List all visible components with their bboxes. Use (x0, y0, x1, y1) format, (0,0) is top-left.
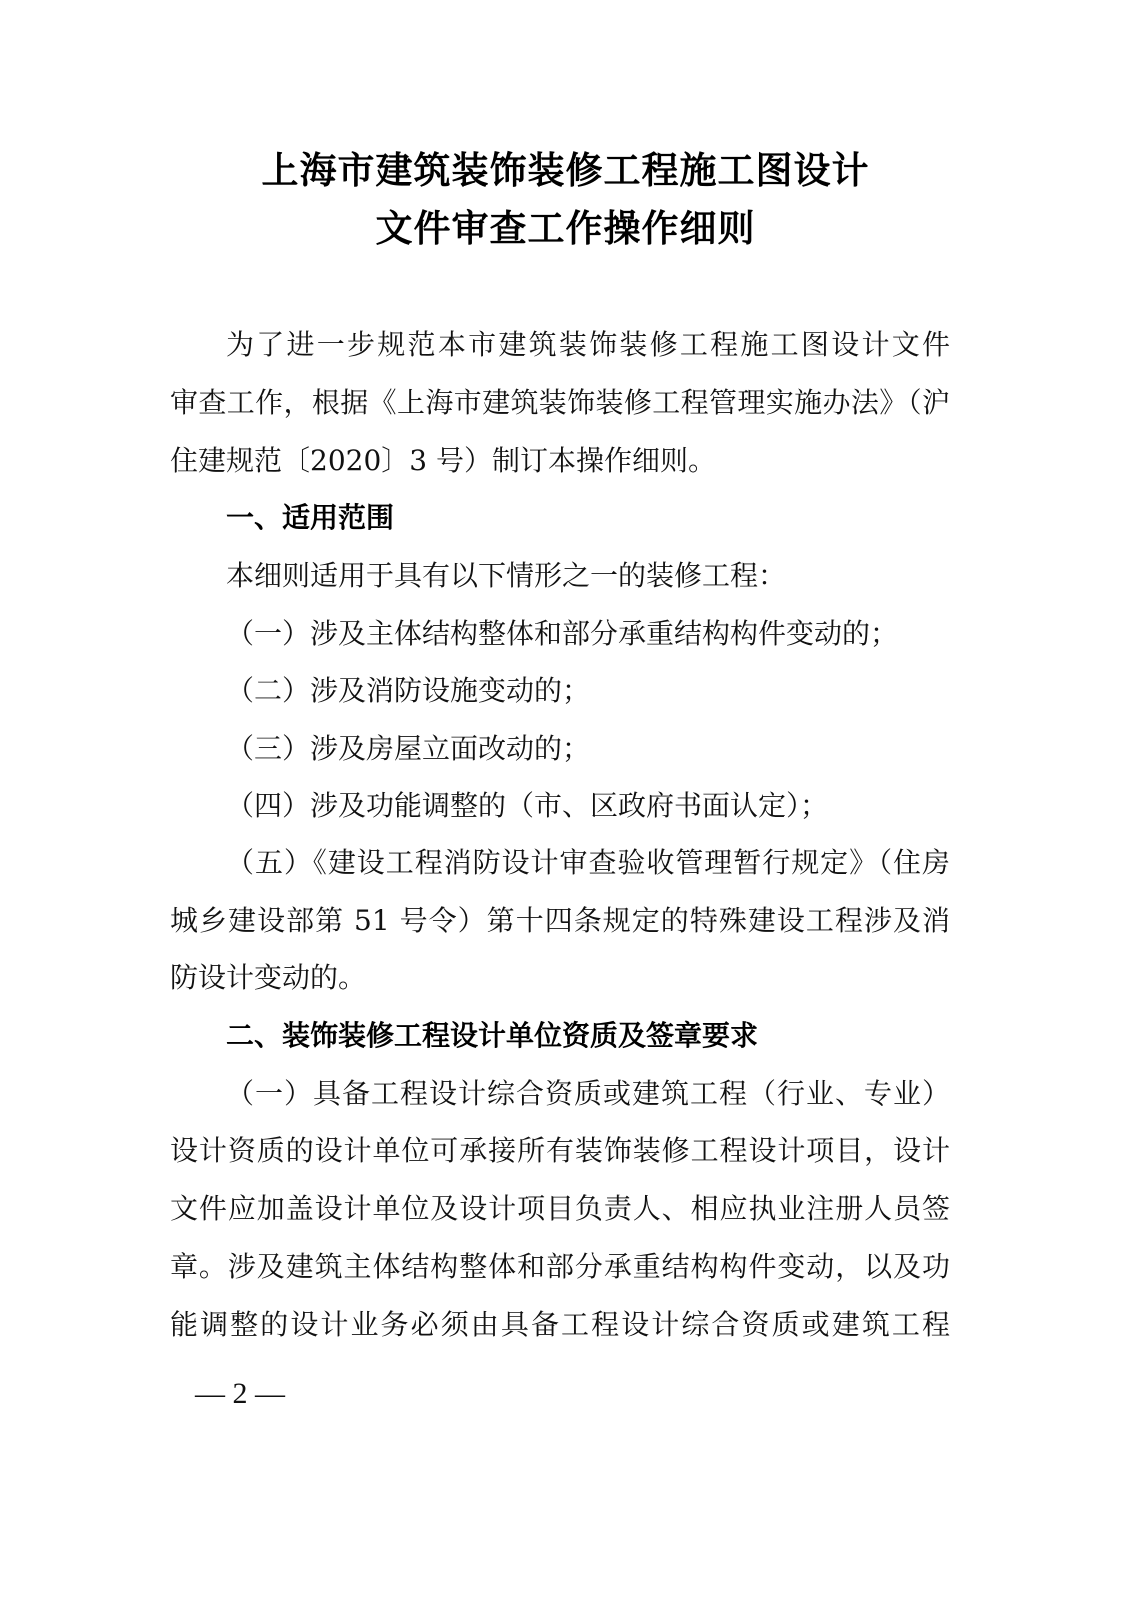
paragraph-line: 防设计变动的。 (170, 958, 950, 998)
list-item: （二）涉及消防设施变动的； (226, 671, 950, 711)
paragraph-line: 审查工作，根据《上海市建筑装饰装修工程管理实施办法》（沪 (170, 383, 950, 423)
list-item: （三）涉及房屋立面改动的； (226, 729, 950, 769)
list-item: （五）《建设工程消防设计审查验收管理暂行规定》（住房 (226, 843, 950, 883)
page-number: — 2 — (195, 1376, 285, 1412)
list-item: （一）具备工程设计综合资质或建筑工程（行业、专业） (226, 1074, 950, 1114)
paragraph-line: 文件应加盖设计单位及设计项目负责人、相应执业注册人员签 (170, 1189, 950, 1229)
section-heading: 一、适用范围 (226, 498, 394, 538)
section-heading: 二、装饰装修工程设计单位资质及签章要求 (226, 1016, 758, 1056)
paragraph-line: 住建规范〔2020〕3 号）制订本操作细则。 (170, 441, 950, 481)
paragraph-line: 设计资质的设计单位可承接所有装饰装修工程设计项目，设计 (170, 1131, 950, 1171)
paragraph-line: 本细则适用于具有以下情形之一的装修工程： (226, 556, 950, 596)
document-title-line-2: 文件审查工作操作细则 (0, 208, 1131, 248)
list-item: （一）涉及主体结构整体和部分承重结构构件变动的； (226, 614, 950, 654)
paragraph-line: 城乡建设部第 51 号令）第十四条规定的特殊建设工程涉及消 (170, 901, 950, 941)
list-item: （四）涉及功能调整的（市、区政府书面认定）； (226, 786, 950, 826)
paragraph-line: 能调整的设计业务必须由具备工程设计综合资质或建筑工程 (170, 1305, 950, 1345)
document-title-line-1: 上海市建筑装饰装修工程施工图设计 (0, 150, 1131, 190)
paragraph-line: 章。涉及建筑主体结构整体和部分承重结构构件变动，以及功 (170, 1247, 950, 1287)
paragraph-line: 为了进一步规范本市建筑装饰装修工程施工图设计文件 (226, 325, 950, 365)
